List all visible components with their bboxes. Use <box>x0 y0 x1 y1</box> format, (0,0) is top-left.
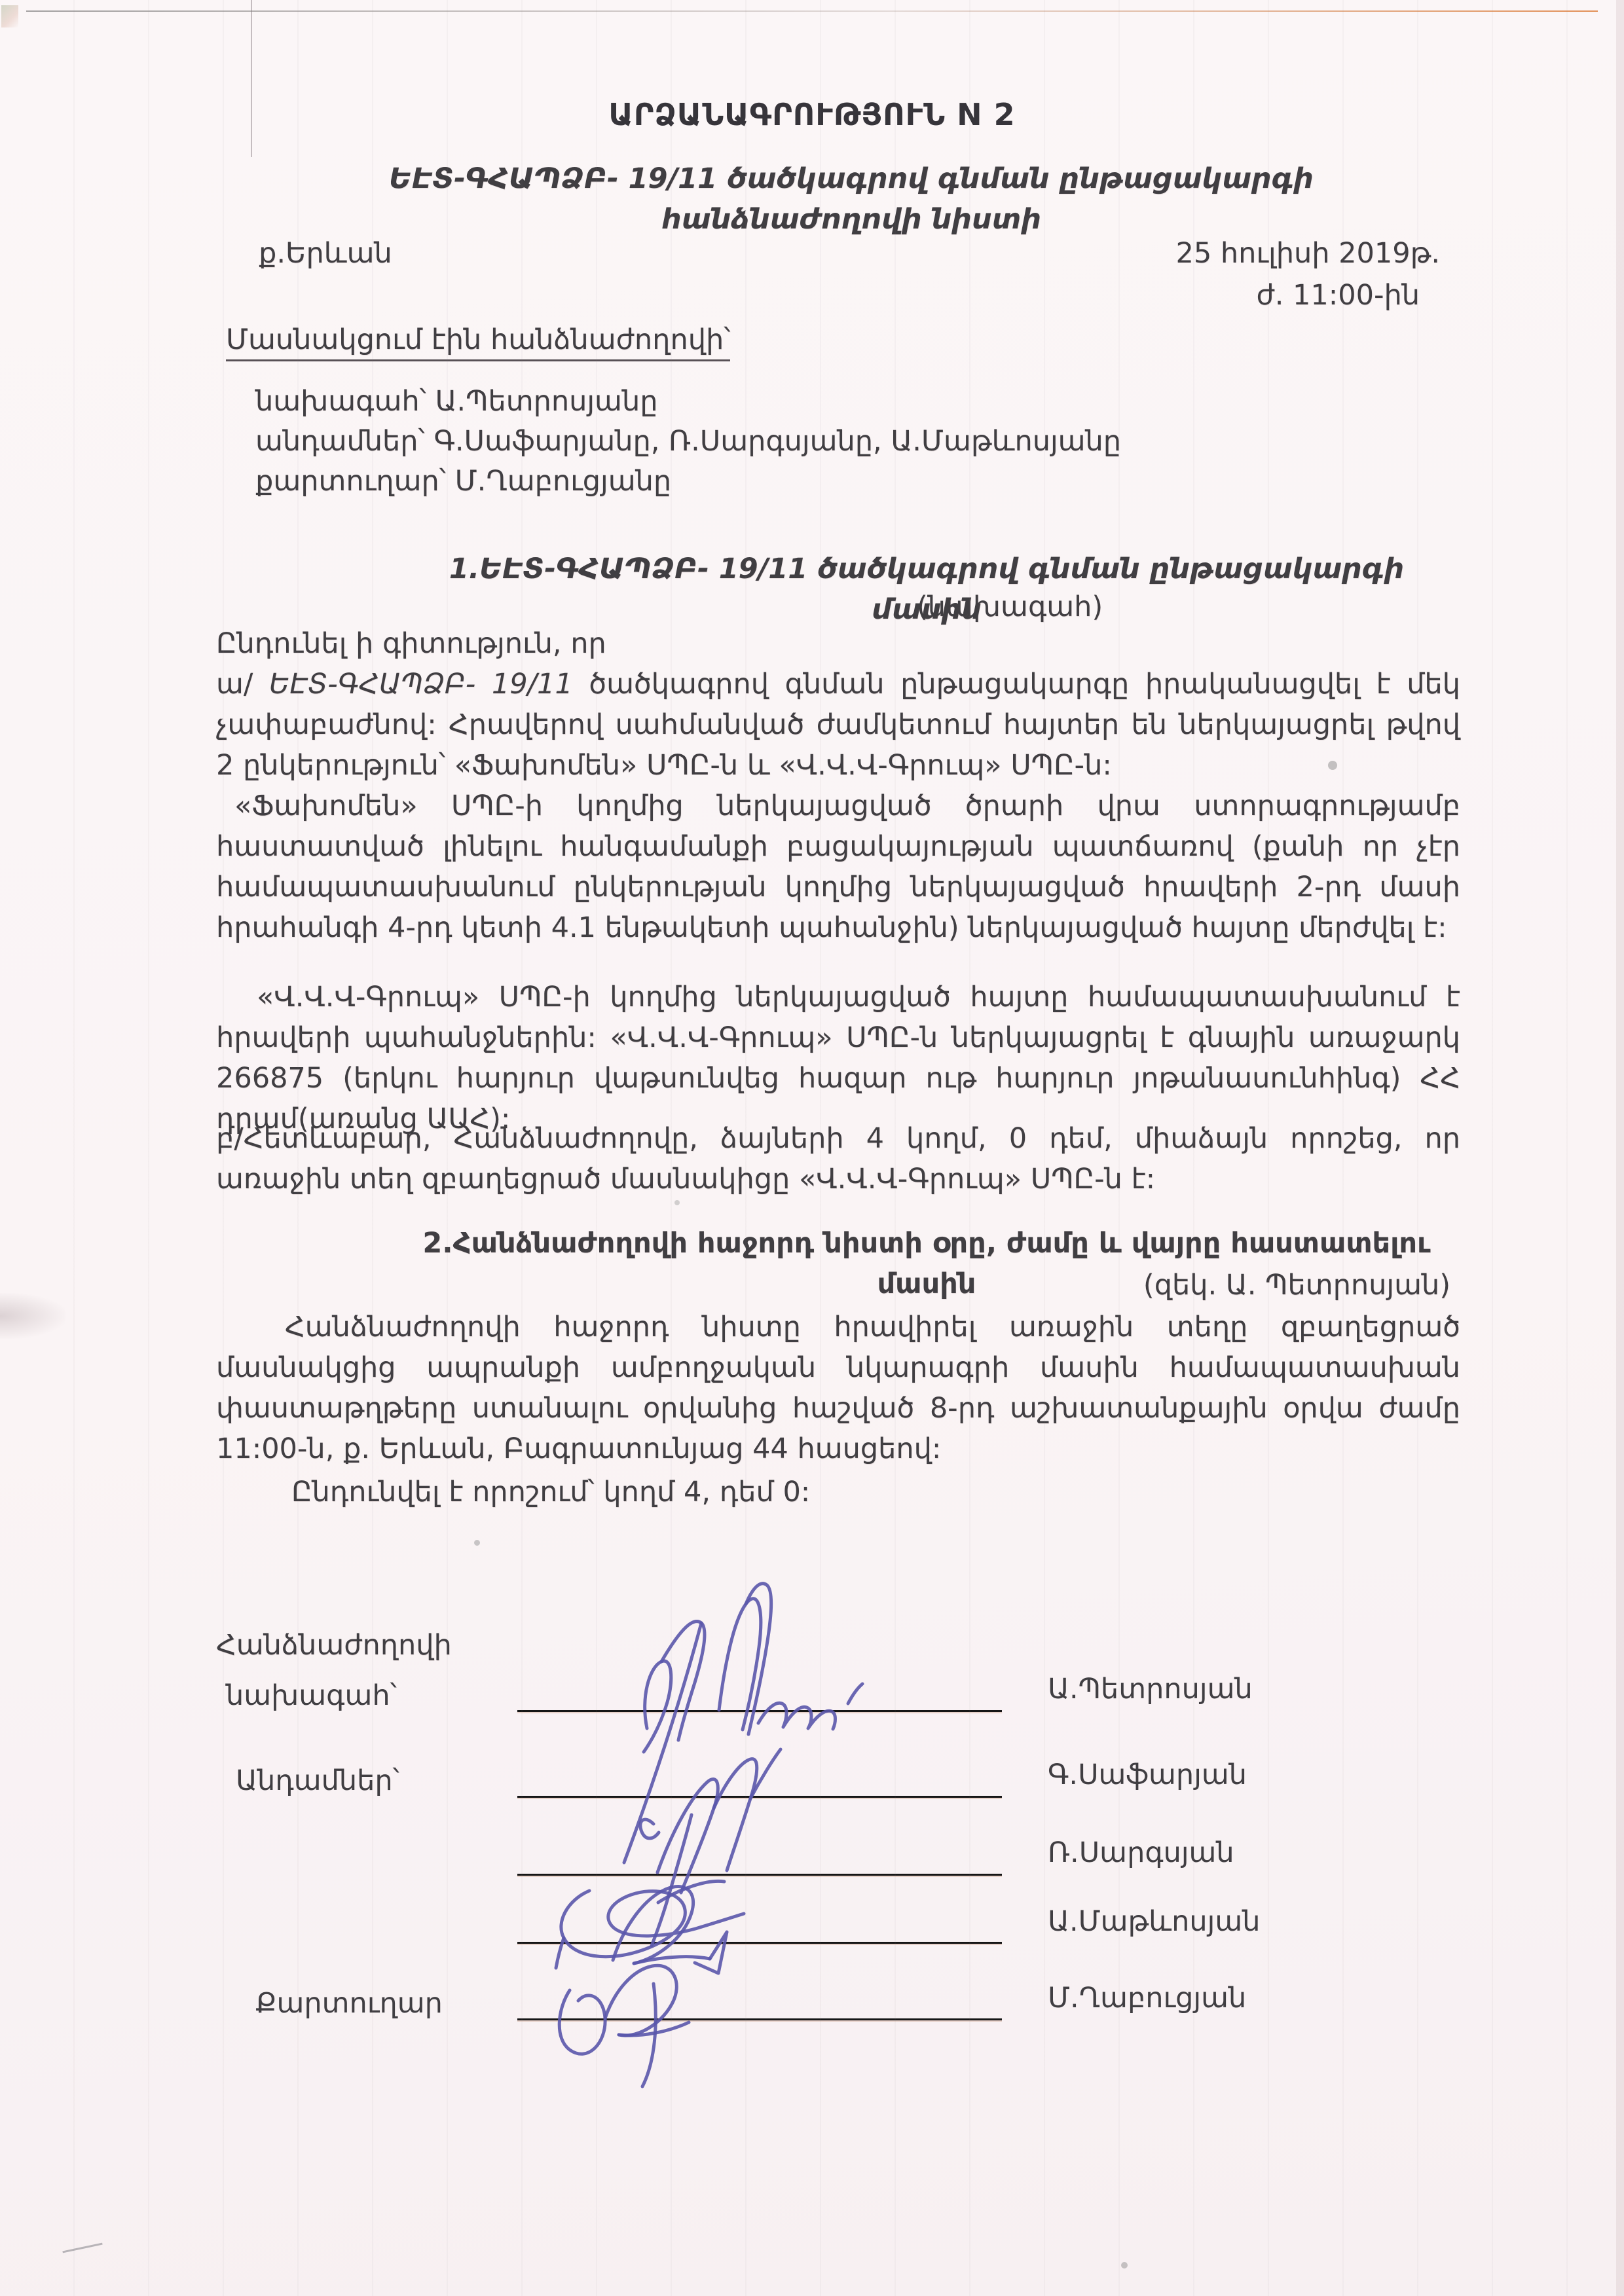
attendees-block: Մասնակցում էին հանձնաժողովի՝ <box>226 319 730 360</box>
paragraph-a-prefix: ա/ <box>216 668 269 701</box>
paragraph-a-code: ԵԷՏ-ԳՀԱՊՁԲ- 19/11 <box>269 668 573 701</box>
signature-stroke-chairman <box>758 1703 836 1729</box>
section1-heading-code: 1.ԵԷՏ-ԳՀԱՊՁԲ- 19/11 <box>449 553 807 585</box>
scan-artifact-shadow <box>0 1293 65 1339</box>
document-title: ԱՐՁԱՆԱԳՐՈՒԹՅՈՒՆ N 2 <box>0 97 1624 132</box>
section1-speaker: (նախագահ) <box>917 587 1103 627</box>
paragraph-b: «Ֆախոմեն» ՍՊԸ-ի կողմից ներկայացված ծրարի… <box>216 786 1460 948</box>
scan-artifact-crease <box>251 0 252 157</box>
signature-stroke-secretary <box>605 1965 676 2035</box>
attendees-heading: Մասնակցում էին հանձնաժողովի՝ <box>226 323 730 361</box>
attendee-chairman: նախագահ՝ Ա.Պետրոսյանը <box>255 381 657 422</box>
section2-speaker: (զեկ. Ա. Պետրոսյան) <box>1143 1265 1450 1305</box>
signature-stroke-chairman <box>848 1684 862 1704</box>
document-place: ք.Երևան <box>259 233 392 274</box>
section1-intro: Ընդունել ի գիտություն, որ <box>216 623 606 664</box>
paragraph-d: բ/Հետևաբար, Հանձնաժողովը, ձայների 4 կողմ… <box>216 1118 1460 1199</box>
signature-stroke-secretary <box>559 1990 605 2054</box>
signature-section: Հանձնաժողովի նախագահ՝ Անդամներ՝ Քարտուղա… <box>0 1584 1624 2296</box>
decision-line: Ընդունվել է որոշում՝ կողմ 4, դեմ 0: <box>291 1472 810 1512</box>
document-subtitle: ԵԷՏ-ԳՀԱՊՁԲ- 19/11 ծածկագրով գնման ընթացա… <box>262 158 1441 240</box>
signature-stroke-member3 <box>695 1932 727 1973</box>
scanned-protocol-page: ԱՐՁԱՆԱԳՐՈՒԹՅՈՒՆ N 2 ԵԷՏ-ԳՀԱՊՁԲ- 19/11 ծա… <box>0 0 1624 2296</box>
attendee-members: անդամներ՝ Գ.Սաֆարյանը, Ռ.Սարգսյանը, Ա.Մա… <box>255 421 1121 462</box>
paragraph-c: «Վ.Վ.Վ-Գրուպ» ՍՊԸ-ի կողմից ներկայացված հ… <box>216 977 1460 1139</box>
paragraph-a: ա/ ԵԷՏ-ԳՀԱՊՁԲ- 19/11 ծածկագրով գնման ընթ… <box>216 664 1460 786</box>
scan-artifact-dot <box>674 1200 680 1205</box>
signature-ink <box>0 1532 1624 2187</box>
document-time: ժ. 11:00-ին <box>1256 275 1420 316</box>
signature-stroke-member2 <box>556 1938 564 1968</box>
scan-artifact-corner <box>1 5 18 27</box>
signature-stroke-member1 <box>657 1779 718 1893</box>
section1-heading-rest: ծածկագրով գնման ընթացակարգի մասին <box>807 553 1404 626</box>
document-date: 25 հուլիսի 2019թ. <box>1175 233 1440 274</box>
attendee-secretary: քարտուղար՝ Մ.Ղաբուցյանը <box>255 461 671 501</box>
scan-artifact-top-edge <box>26 10 1598 12</box>
signature-stroke-member1 <box>640 1819 659 1838</box>
signature-stroke-member3 <box>634 1957 710 1963</box>
signature-stroke-member1 <box>714 1759 757 1870</box>
paragraph-next-meeting: Հանձնաժողովի հաջորդ նիստը հրավիրել առաջի… <box>216 1307 1460 1469</box>
